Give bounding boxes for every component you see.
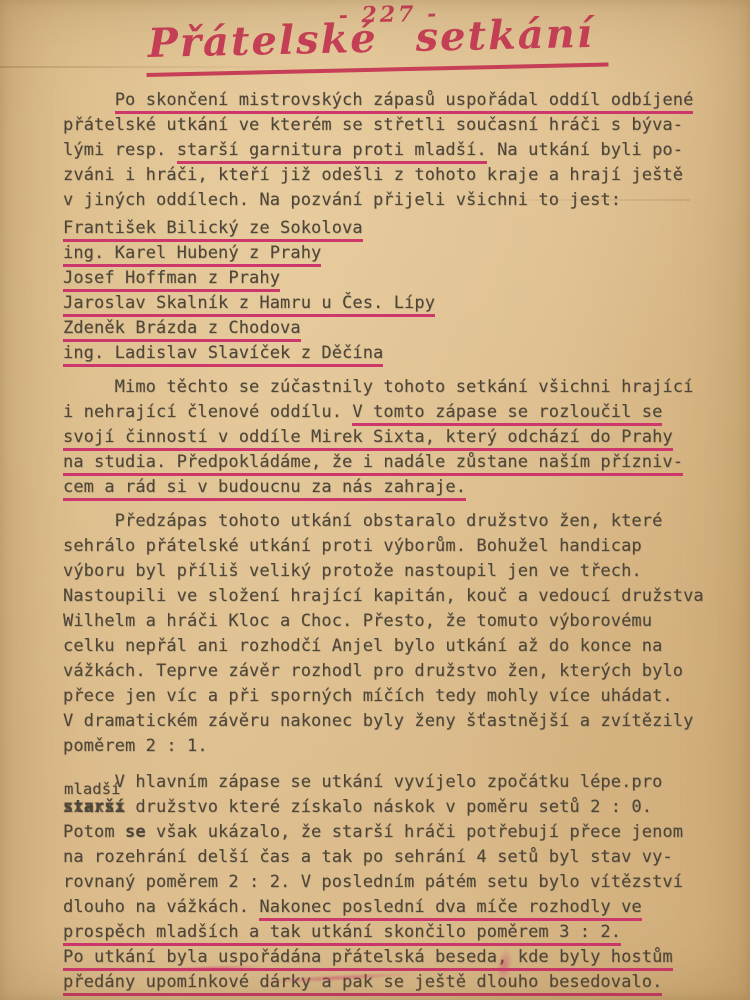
- typed-correction: mladšístaršíxxxxxx: [63, 795, 125, 820]
- underlined-segment: Po skončení mistrovských zápasů uspořáda…: [115, 90, 694, 114]
- text-segment: vážkách. Teprve závěr rozhodl pro družst…: [63, 661, 683, 681]
- text-line: poměrem 2 : 1.: [63, 734, 723, 759]
- text-segment: Wilhelm a hráči Kloc a Choc. Přesto, že …: [63, 611, 652, 631]
- overtype-strike: xxxxxx: [63, 795, 125, 820]
- text-line: Po utkání byla uspořádána přátelská bese…: [63, 945, 723, 970]
- text-line: Wilhelm a hráči Kloc a Choc. Přesto, že …: [63, 609, 723, 634]
- text-segment: Nastoupili ve složení hrající kapitán, k…: [63, 586, 704, 606]
- underlined-segment: Josef Hoffman z Prahy: [63, 268, 280, 292]
- text-line: Potom se však ukázalo, že starší hráči p…: [63, 820, 723, 845]
- text-line: přece jen víc a při sporných míčích tedy…: [63, 684, 723, 709]
- text-line: na rozehrání delší čas a tak po sehrání …: [63, 845, 723, 870]
- text-line: výboru byl příliš veliký protože nastoup…: [63, 559, 723, 584]
- underlined-segment: cem a rád si v budoucnu za nás zahraje.: [63, 477, 466, 501]
- document-page: - 227 - Přátelské setkání Po skončení mi…: [0, 0, 750, 1000]
- underlined-segment: V tomto zápase se rozloučil se: [352, 402, 662, 426]
- guest-list: František Bilický ze Sokolovaing. Karel …: [63, 216, 723, 366]
- text-segment: poměrem 2 : 1.: [63, 736, 208, 756]
- text-line: Josef Hoffman z Prahy: [63, 266, 723, 291]
- text-segment: celku nepřál ani rozhodčí Anjel bylo utk…: [63, 636, 662, 656]
- document-body: Po skončení mistrovských zápasů uspořáda…: [63, 88, 723, 995]
- text-segment: výboru byl příliš veliký protože nastoup…: [63, 561, 642, 581]
- text-line: V dramatickém závěru nakonec byly ženy š…: [63, 709, 723, 734]
- text-line: i nehrající členové oddílu. V tomto zápa…: [63, 400, 723, 425]
- text-line: rovnaný poměrem 2 : 2. V posledním pátém…: [63, 870, 723, 895]
- text-line: František Bilický ze Sokolova: [63, 216, 723, 241]
- underlined-segment: Po utkání byla uspořádána přátelská bese…: [63, 947, 673, 971]
- paragraph-2: Mimo těchto se zúčastnily tohoto setkání…: [63, 375, 723, 500]
- text-line: ing. Karel Hubený z Prahy: [63, 241, 723, 266]
- underlined-segment: ing. Ladislav Slavíček z Děčína: [63, 343, 383, 367]
- title-block: Přátelské setkání: [146, 22, 608, 77]
- text-line: sehrálo přátelské utkání proti výborům. …: [63, 534, 723, 559]
- underlined-segment: starší garnitura proti mladší.: [177, 140, 487, 164]
- underlined-segment: na studia. Předpokládáme, že i nadále zů…: [63, 452, 683, 476]
- text-line: lými resp. starší garnitura proti mladší…: [63, 138, 723, 163]
- paragraph-1: Po skončení mistrovských zápasů uspořáda…: [63, 88, 723, 213]
- text-segment: Potom: [63, 822, 125, 842]
- text-segment: na rozehrání delší čas a tak po sehrání …: [63, 847, 673, 867]
- text-line: přátelské utkání ve kterém se střetli so…: [63, 113, 723, 138]
- underlined-segment: svojí činností v oddíle Mirek Sixta, kte…: [63, 427, 673, 451]
- text-line: Jaroslav Skalník z Hamru u Čes. Lípy: [63, 291, 723, 316]
- text-segment: V dramatickém závěru nakonec byly ženy š…: [63, 711, 693, 731]
- page-title: Přátelské setkání: [145, 12, 608, 77]
- text-segment: zváni i hráči, kteří již odešli z tohoto…: [63, 165, 683, 185]
- text-line: Po skončení mistrovských zápasů uspořáda…: [63, 88, 723, 113]
- text-line: ing. Ladislav Slavíček z Děčína: [63, 341, 723, 366]
- text-line: zváni i hráči, kteří již odešli z tohoto…: [63, 163, 723, 188]
- underlined-segment: Nakonec poslední dva míče rozhodly ve: [259, 897, 641, 921]
- text-segment: v jiných oddílech. Na pozvání přijeli vš…: [63, 190, 621, 210]
- text-segment: Mimo těchto se zúčastnily tohoto setkání…: [63, 377, 693, 397]
- underlined-segment: předány upomínkové dárky a pak se ještě …: [63, 972, 662, 996]
- text-segment: Na utkání byli po-: [487, 140, 683, 160]
- text-line: Zdeněk Brázda z Chodova: [63, 316, 723, 341]
- text-line: mladšístaršíxxxxxx družstvo které získal…: [63, 795, 723, 820]
- text-segment: V hlavním zápase se utkání vyvíjelo zpoč…: [63, 772, 662, 792]
- text-line: svojí činností v oddíle Mirek Sixta, kte…: [63, 425, 723, 450]
- text-segment: rovnaný poměrem 2 : 2. V posledním pátém…: [63, 872, 683, 892]
- paragraph-3: Předzápas tohoto utkání obstaralo družst…: [63, 509, 723, 759]
- text-segment: přece jen víc a při sporných míčích tedy…: [63, 686, 673, 706]
- text-line: předány upomínkové dárky a pak se ještě …: [63, 970, 723, 995]
- underlined-segment: ing. Karel Hubený z Prahy: [63, 243, 321, 267]
- text-line: dlouho na vážkách. Nakonec poslední dva …: [63, 895, 723, 920]
- underlined-segment: František Bilický ze Sokolova: [63, 218, 363, 242]
- text-segment: dlouho na vážkách.: [63, 897, 259, 917]
- text-line: v jiných oddílech. Na pozvání přijeli vš…: [63, 188, 723, 213]
- text-segment: i nehrající členové oddílu.: [63, 402, 352, 422]
- text-line: vážkách. Teprve závěr rozhodl pro družst…: [63, 659, 723, 684]
- underlined-segment: Zdeněk Brázda z Chodova: [63, 318, 301, 342]
- text-line: cem a rád si v budoucnu za nás zahraje.: [63, 475, 723, 500]
- text-segment: [63, 90, 115, 110]
- text-segment: Předzápas tohoto utkání obstaralo družst…: [63, 511, 662, 531]
- text-segment: sehrálo přátelské utkání proti výborům. …: [63, 536, 642, 556]
- text-segment: však ukázalo, že starší hráči potřebují …: [146, 822, 683, 842]
- paragraph-4: V hlavním zápase se utkání vyvíjelo zpoč…: [63, 770, 723, 995]
- underlined-segment: prospěch mladších a tak utkání skončilo …: [63, 922, 621, 946]
- text-line: na studia. Předpokládáme, že i nadále zů…: [63, 450, 723, 475]
- text-line: Mimo těchto se zúčastnily tohoto setkání…: [63, 375, 723, 400]
- text-segment: se: [125, 822, 146, 842]
- text-line: V hlavním zápase se utkání vyvíjelo zpoč…: [63, 770, 723, 795]
- underlined-segment: Jaroslav Skalník z Hamru u Čes. Lípy: [63, 293, 435, 317]
- text-line: Předzápas tohoto utkání obstaralo družst…: [63, 509, 723, 534]
- text-line: Nastoupili ve složení hrající kapitán, k…: [63, 584, 723, 609]
- text-line: celku nepřál ani rozhodčí Anjel bylo utk…: [63, 634, 723, 659]
- text-segment: družstvo které získalo náskok v poměru s…: [125, 797, 652, 817]
- text-segment: přátelské utkání ve kterém se střetli so…: [63, 115, 683, 135]
- text-segment: lými resp.: [63, 140, 177, 160]
- text-line: prospěch mladších a tak utkání skončilo …: [63, 920, 723, 945]
